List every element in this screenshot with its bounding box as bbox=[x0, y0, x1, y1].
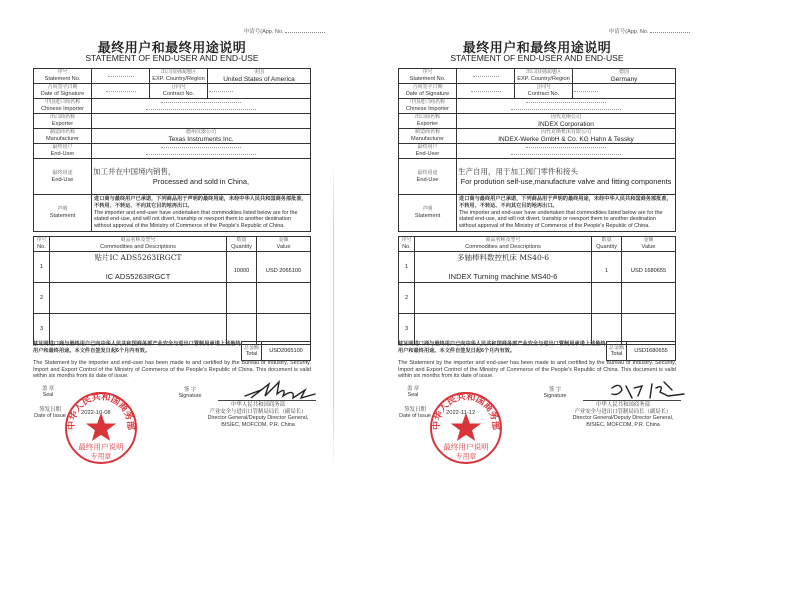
row-exporter: 出口商名称Exporter bbox=[34, 114, 311, 129]
value-exp-country: 美国United States of America bbox=[208, 69, 311, 84]
row-date-signature: 合同签字日期Date of Signature 合同号Contract No. bbox=[399, 84, 676, 99]
row-exporter: 出口商名称Exporter 因代克斯公司INDEX Corporation bbox=[399, 114, 676, 129]
manufacturer-cn: 因代克斯机床有限公司 bbox=[458, 129, 674, 136]
signature-en: Signature bbox=[178, 393, 201, 399]
labels-statement-en: Statement bbox=[35, 213, 90, 220]
statement-text-cn: 进口商与最终用户已承诺，下列商品用于声明的最终用途，未经中华人民共和国商务部批准… bbox=[459, 196, 672, 209]
item-no: 1 bbox=[34, 252, 50, 283]
document-title-english: STATEMENT OF END-USER AND END-USE bbox=[33, 53, 311, 63]
authority-en1: Director General/Deputy Director General… bbox=[573, 415, 674, 421]
labels-manufacturer-cn: 制造商名称 bbox=[35, 129, 90, 136]
certification-text-english: The Statement by the importer and end-us… bbox=[33, 360, 311, 380]
country-en: United States of America bbox=[209, 76, 309, 83]
value-total: USD2065100 bbox=[262, 342, 311, 361]
statement-text-cn: 进口商与最终用户已承诺，下列商品用于声明的最终用途，未经中华人民共和国商务部批准… bbox=[94, 196, 307, 209]
label-exp-country: 出口国别或地区EXP. Country/Region bbox=[515, 69, 573, 84]
issue-date-value: 2022-11-12 bbox=[446, 410, 475, 416]
authority-cn2: 产业安全与进出口管制局局长（副局长） bbox=[209, 409, 306, 415]
value-end-user bbox=[92, 144, 311, 159]
row-importer: 中国进口商名称Chinese Importer bbox=[399, 99, 676, 114]
signature-line bbox=[583, 400, 681, 401]
seal-cn: 盖 章 bbox=[42, 386, 54, 392]
labels-date-sig-cn: 合同签字日期 bbox=[35, 84, 90, 91]
labels-exporter-cn: 出口商名称 bbox=[35, 114, 90, 121]
labels-enduse-en: End-Use bbox=[35, 177, 90, 184]
labels-contract-en: Contract No. bbox=[516, 91, 571, 98]
authority-en2: BISIEC, MOFCOM, P.R. China bbox=[221, 422, 295, 428]
row-importer: 中国进口商名称Chinese Importer bbox=[34, 99, 311, 114]
item-quantity bbox=[227, 314, 257, 345]
labels-no-cn: 序号 bbox=[400, 237, 413, 244]
authority-en2: BISIEC, MOFCOM, P.R. China bbox=[586, 422, 660, 428]
app-no-label: 申请号(App. No. bbox=[609, 29, 649, 35]
row-end-use: 最终用途End-Use 生产自用，用于加工阀门零件和接头 For produti… bbox=[399, 159, 676, 195]
item-no: 2 bbox=[399, 283, 415, 314]
label-statement: 声明Statement bbox=[34, 195, 92, 232]
seal-en: Seal bbox=[408, 392, 419, 398]
commodity-row: 1多轴棒料数控机床 MS40-6INDEX Turning machine MS… bbox=[399, 252, 676, 283]
label-end-use: 最终用途End-Use bbox=[34, 159, 92, 195]
labels-exporter-en: Exporter bbox=[400, 121, 455, 128]
value-statement-no bbox=[92, 69, 150, 84]
item-value: USD 1680655 bbox=[622, 252, 676, 283]
handwritten-signature bbox=[243, 378, 323, 402]
item-description: 贴片IC ADS5263IRGCTIC ADS5263IRGCT bbox=[50, 252, 227, 283]
label-end-user: 最终用户End-User bbox=[34, 144, 92, 159]
labels-manufacturer-en: Manufacturer bbox=[35, 136, 90, 143]
total-table: 总金额Total USD1680655 bbox=[606, 341, 676, 361]
label-importer: 中国进口商名称Chinese Importer bbox=[399, 99, 457, 114]
signature-cn: 签 字 bbox=[184, 387, 196, 393]
commodities-header: 序号No. 商品名称及型号Commodities and Description… bbox=[34, 237, 311, 252]
enduse-cn: 生产自用，用于加工阀门零件和接头 bbox=[458, 168, 674, 175]
row-end-user: 最终用户End-User bbox=[34, 144, 311, 159]
value-date-signature bbox=[457, 84, 515, 99]
row-statement: 声明Statement 进口商与最终用户已承诺，下列商品用于声明的最终用途，未经… bbox=[34, 195, 311, 232]
item-quantity bbox=[227, 283, 257, 314]
seal-label: 盖 章Seal bbox=[33, 386, 63, 399]
country-en: Germany bbox=[574, 76, 674, 83]
labels-exp-country-cn: 出口国别或地区 bbox=[151, 69, 206, 76]
statement-form-table: 序号Statement No. 出口国别或地区EXP. Country/Regi… bbox=[398, 68, 676, 232]
labels-total-en: Total bbox=[608, 351, 625, 358]
manufacturer-en: Texas Instruments Inc. bbox=[93, 136, 309, 143]
item-description bbox=[50, 283, 227, 314]
issue-cn: 签发日期 bbox=[404, 407, 426, 413]
label-exporter: 出口商名称Exporter bbox=[34, 114, 92, 129]
row-manufacturer: 制造商名称Manufacturer 因代克斯机床有限公司INDEX-Werke … bbox=[399, 129, 676, 144]
signature-label: 签 字Signature bbox=[540, 387, 570, 400]
labels-no-en: No. bbox=[35, 244, 48, 251]
value-statement: 进口商与最终用户已承诺，下列商品用于声明的最终用途，未经中华人民共和国商务部批准… bbox=[92, 195, 311, 232]
label-exporter: 出口商名称Exporter bbox=[399, 114, 457, 129]
cert-cn: 兹证明进口商与最终用户已向中华人民共和国商务部产业安全与进出口管制局承诺上述最终… bbox=[33, 341, 241, 354]
labels-total-en: Total bbox=[243, 351, 260, 358]
seal-cn: 盖 章 bbox=[407, 386, 419, 392]
official-seal-stamp: 中华人民共和国商务部 最终用户说明 专用章 bbox=[63, 390, 139, 466]
cert-cn: 兹证明进口商与最终用户已向中华人民共和国商务部产业安全与进出口管制局承诺上述最终… bbox=[398, 341, 606, 354]
labels-manufacturer-cn: 制造商名称 bbox=[400, 129, 455, 136]
signature-label: 签 字Signature bbox=[175, 387, 205, 400]
statement-form-table: 序号Statement No. 出口国别或地区EXP. Country/Regi… bbox=[33, 68, 311, 232]
item-value bbox=[257, 314, 311, 345]
value-date-signature bbox=[92, 84, 150, 99]
value-manufacturer: 德州仪器公司Texas Instruments Inc. bbox=[92, 129, 311, 144]
signing-authority: 中华人民共和国商务部产业安全与进出口管制局局长（副局长） Director Ge… bbox=[193, 402, 323, 428]
authority-cn1: 中华人民共和国商务部 bbox=[596, 402, 650, 408]
labels-importer-en: Chinese Importer bbox=[35, 106, 90, 113]
item-value bbox=[257, 283, 311, 314]
item-quantity: 10000 bbox=[227, 252, 257, 283]
label-exp-country: 出口国别或地区EXP. Country/Region bbox=[150, 69, 208, 84]
end-user-statement-document-2: 申请号(App. No. 最终用户和最终用途说明 STATEMENT OF EN… bbox=[398, 0, 688, 600]
issue-date-label: 签发日期Date of Issue bbox=[398, 407, 432, 420]
labels-enduse-cn: 最终用途 bbox=[400, 170, 455, 177]
item-no: 1 bbox=[399, 252, 415, 283]
item-quantity bbox=[592, 283, 622, 314]
value-exporter: 因代克斯公司INDEX Corporation bbox=[457, 114, 676, 129]
labels-statement-cn: 声明 bbox=[400, 206, 455, 213]
value-manufacturer: 因代克斯机床有限公司INDEX-Werke GmbH & Co. KG Hahn… bbox=[457, 129, 676, 144]
commodities-table: 序号No. 商品名称及型号Commodities and Description… bbox=[33, 236, 311, 345]
application-number: 申请号(App. No. bbox=[244, 27, 325, 35]
value-end-use: 加工并在中国境内销售， Processed and sold in China, bbox=[92, 159, 311, 195]
value-contract-no bbox=[573, 84, 676, 99]
value-total: USD1680655 bbox=[627, 342, 676, 361]
labels-value-cn: 金额 bbox=[623, 237, 674, 244]
labels-exp-country-en: EXP. Country/Region bbox=[151, 76, 206, 83]
signature-line bbox=[218, 400, 316, 401]
labels-statement-cn: 声明 bbox=[35, 206, 90, 213]
labels-statement-no-en: Statement No. bbox=[35, 76, 90, 83]
labels-statement-no-cn: 序号 bbox=[400, 69, 455, 76]
svg-text:最终用户说明: 最终用户说明 bbox=[78, 441, 124, 451]
labels-qty-en: Quantity bbox=[593, 244, 620, 251]
value-exporter bbox=[92, 114, 311, 129]
svg-text:最终用户说明: 最终用户说明 bbox=[443, 441, 489, 451]
label-manufacturer: 制造商名称Manufacturer bbox=[34, 129, 92, 144]
labels-statement-no-cn: 序号 bbox=[35, 69, 90, 76]
commodity-row: 1贴片IC ADS5263IRGCTIC ADS5263IRGCT10000US… bbox=[34, 252, 311, 283]
label-end-user: 最终用户End-User bbox=[399, 144, 457, 159]
statement-text-en: The importer and end-user have undertake… bbox=[459, 210, 662, 230]
official-seal-stamp: 中华人民共和国商务部 最终用户说明 专用章 bbox=[428, 390, 504, 466]
label-statement-no: 序号Statement No. bbox=[399, 69, 457, 84]
svg-text:专用章: 专用章 bbox=[91, 451, 112, 460]
application-number: 申请号(App. No. bbox=[609, 27, 690, 35]
label-statement: 声明Statement bbox=[399, 195, 457, 232]
row-statement-no: 序号Statement No. 出口国别或地区EXP. Country/Regi… bbox=[399, 69, 676, 84]
item-description bbox=[415, 283, 592, 314]
labels-qty-en: Quantity bbox=[228, 244, 255, 251]
labels-enduser-en: End-User bbox=[400, 151, 455, 158]
signing-authority: 中华人民共和国商务部产业安全与进出口管制局局长（副局长） Director Ge… bbox=[558, 402, 688, 428]
item-quantity: 1 bbox=[592, 252, 622, 283]
item-no: 2 bbox=[34, 283, 50, 314]
country-cn: 美国 bbox=[209, 69, 309, 76]
row-end-use: 最终用途End-Use 加工并在中国境内销售， Processed and so… bbox=[34, 159, 311, 195]
label-total: 总金额Total bbox=[242, 342, 262, 361]
handwritten-signature bbox=[608, 378, 688, 402]
labels-commod-cn: 商品名称及型号 bbox=[416, 237, 590, 244]
commodities-table: 序号No. 商品名称及型号Commodities and Description… bbox=[398, 236, 676, 345]
labels-statement-en: Statement bbox=[400, 213, 455, 220]
labels-commod-cn: 商品名称及型号 bbox=[51, 237, 225, 244]
item-no: 3 bbox=[399, 314, 415, 345]
commodity-row: 3 bbox=[399, 314, 676, 345]
item-value bbox=[622, 283, 676, 314]
manufacturer-en: INDEX-Werke GmbH & Co. KG Hahn & Tessky bbox=[458, 136, 674, 143]
labels-contract-cn: 合同号 bbox=[516, 84, 571, 91]
document-title-english: STATEMENT OF END-USER AND END-USE bbox=[398, 53, 676, 63]
value-statement: 进口商与最终用户已承诺，下列商品用于声明的最终用途，未经中华人民共和国商务部批准… bbox=[457, 195, 676, 232]
statement-text-en: The importer and end-user have undertake… bbox=[94, 210, 297, 230]
seal-en: Seal bbox=[43, 392, 54, 398]
label-date-signature: 合同签字日期Date of Signature bbox=[34, 84, 92, 99]
authority-en1: Director General/Deputy Director General… bbox=[208, 415, 309, 421]
label-contract-no: 合同号Contract No. bbox=[150, 84, 208, 99]
label-date-signature: 合同签字日期Date of Signature bbox=[399, 84, 457, 99]
labels-importer-en: Chinese Importer bbox=[400, 106, 455, 113]
commodity-row: 2 bbox=[34, 283, 311, 314]
labels-commod-en: Commodities and Descriptions bbox=[416, 244, 590, 251]
redacted-app-number bbox=[285, 30, 325, 33]
signature-en: Signature bbox=[543, 393, 566, 399]
row-date-signature: 合同签字日期Date of Signature 合同号Contract No. bbox=[34, 84, 311, 99]
commodity-row: 3 bbox=[34, 314, 311, 345]
item-no: 3 bbox=[34, 314, 50, 345]
labels-contract-en: Contract No. bbox=[151, 91, 206, 98]
labels-exporter-cn: 出口商名称 bbox=[400, 114, 455, 121]
labels-enduser-en: End-User bbox=[35, 151, 90, 158]
labels-value-en: Value bbox=[623, 244, 674, 251]
authority-cn2: 产业安全与进出口管制局局长（副局长） bbox=[574, 409, 671, 415]
commodities-header: 序号No. 商品名称及型号Commodities and Description… bbox=[399, 237, 676, 252]
app-no-label: 申请号(App. No. bbox=[244, 29, 284, 35]
page-edge-shadow bbox=[333, 160, 334, 470]
item-description bbox=[415, 314, 592, 345]
svg-text:专用章: 专用章 bbox=[456, 451, 477, 460]
labels-qty-cn: 数量 bbox=[228, 237, 255, 244]
issue-date-label: 签发日期Date of Issue bbox=[33, 407, 67, 420]
seal-label: 盖 章Seal bbox=[398, 386, 428, 399]
row-manufacturer: 制造商名称Manufacturer 德州仪器公司Texas Instrument… bbox=[34, 129, 311, 144]
item-description bbox=[50, 314, 227, 345]
label-total: 总金额Total bbox=[607, 342, 627, 361]
row-statement-no: 序号Statement No. 出口国别或地区EXP. Country/Regi… bbox=[34, 69, 311, 84]
labels-enduser-cn: 最终用户 bbox=[400, 144, 455, 151]
item-description: 多轴棒料数控机床 MS40-6INDEX Turning machine MS4… bbox=[415, 252, 592, 283]
enduse-en: Processed and sold in China, bbox=[93, 178, 309, 185]
exporter-en: INDEX Corporation bbox=[458, 121, 674, 128]
item-quantity bbox=[592, 314, 622, 345]
item-value bbox=[622, 314, 676, 345]
enduse-en: For prodution self-use,manufacture valve… bbox=[458, 178, 674, 185]
country-cn: 德国 bbox=[574, 69, 674, 76]
labels-enduse-cn: 最终用途 bbox=[35, 170, 90, 177]
value-statement-no bbox=[457, 69, 515, 84]
labels-statement-no-en: Statement No. bbox=[400, 76, 455, 83]
commodity-row: 2 bbox=[399, 283, 676, 314]
end-user-statement-document-1: 申请号(App. No. 最终用户和最终用途说明 STATEMENT OF EN… bbox=[33, 0, 323, 600]
labels-importer-cn: 中国进口商名称 bbox=[400, 99, 455, 106]
label-contract-no: 合同号Contract No. bbox=[515, 84, 573, 99]
labels-enduser-cn: 最终用户 bbox=[35, 144, 90, 151]
enduse-cn: 加工并在中国境内销售， bbox=[93, 168, 309, 175]
labels-no-en: No. bbox=[400, 244, 413, 251]
value-end-user bbox=[457, 144, 676, 159]
labels-enduse-en: End-Use bbox=[400, 177, 455, 184]
certification-text-english: The Statement by the importer and end-us… bbox=[398, 360, 676, 380]
signature-cn: 签 字 bbox=[549, 387, 561, 393]
issue-en: Date of Issue bbox=[34, 413, 66, 419]
labels-date-sig-cn: 合同签字日期 bbox=[400, 84, 455, 91]
labels-importer-cn: 中国进口商名称 bbox=[35, 99, 90, 106]
issue-cn: 签发日期 bbox=[39, 407, 61, 413]
labels-exp-country-cn: 出口国别或地区 bbox=[516, 69, 571, 76]
labels-contract-cn: 合同号 bbox=[151, 84, 206, 91]
exporter-cn: 因代克斯公司 bbox=[458, 114, 674, 121]
value-importer bbox=[457, 99, 676, 114]
labels-date-sig-en: Date of Signature bbox=[35, 91, 90, 98]
value-importer bbox=[92, 99, 311, 114]
labels-qty-cn: 数量 bbox=[593, 237, 620, 244]
redacted-app-number bbox=[650, 30, 690, 33]
value-end-use: 生产自用，用于加工阀门零件和接头 For prodution self-use,… bbox=[457, 159, 676, 195]
value-contract-no bbox=[208, 84, 311, 99]
manufacturer-cn: 德州仪器公司 bbox=[93, 129, 309, 136]
labels-value-en: Value bbox=[258, 244, 309, 251]
labels-exporter-en: Exporter bbox=[35, 121, 90, 128]
labels-manufacturer-en: Manufacturer bbox=[400, 136, 455, 143]
item-value: USD 2065100 bbox=[257, 252, 311, 283]
label-end-use: 最终用途End-Use bbox=[399, 159, 457, 195]
label-importer: 中国进口商名称Chinese Importer bbox=[34, 99, 92, 114]
row-statement: 声明Statement 进口商与最终用户已承诺，下列商品用于声明的最终用途，未经… bbox=[399, 195, 676, 232]
label-statement-no: 序号Statement No. bbox=[34, 69, 92, 84]
labels-no-cn: 序号 bbox=[35, 237, 48, 244]
labels-date-sig-en: Date of Signature bbox=[400, 91, 455, 98]
labels-commod-en: Commodities and Descriptions bbox=[51, 244, 225, 251]
issue-en: Date of Issue bbox=[399, 413, 431, 419]
label-manufacturer: 制造商名称Manufacturer bbox=[399, 129, 457, 144]
total-table: 总金额Total USD2065100 bbox=[241, 341, 311, 361]
row-end-user: 最终用户End-User bbox=[399, 144, 676, 159]
value-exp-country: 德国Germany bbox=[573, 69, 676, 84]
authority-cn1: 中华人民共和国商务部 bbox=[231, 402, 285, 408]
labels-exp-country-en: EXP. Country/Region bbox=[516, 76, 571, 83]
issue-date-value: 2022-10-08 bbox=[81, 410, 111, 416]
labels-value-cn: 金额 bbox=[258, 237, 309, 244]
